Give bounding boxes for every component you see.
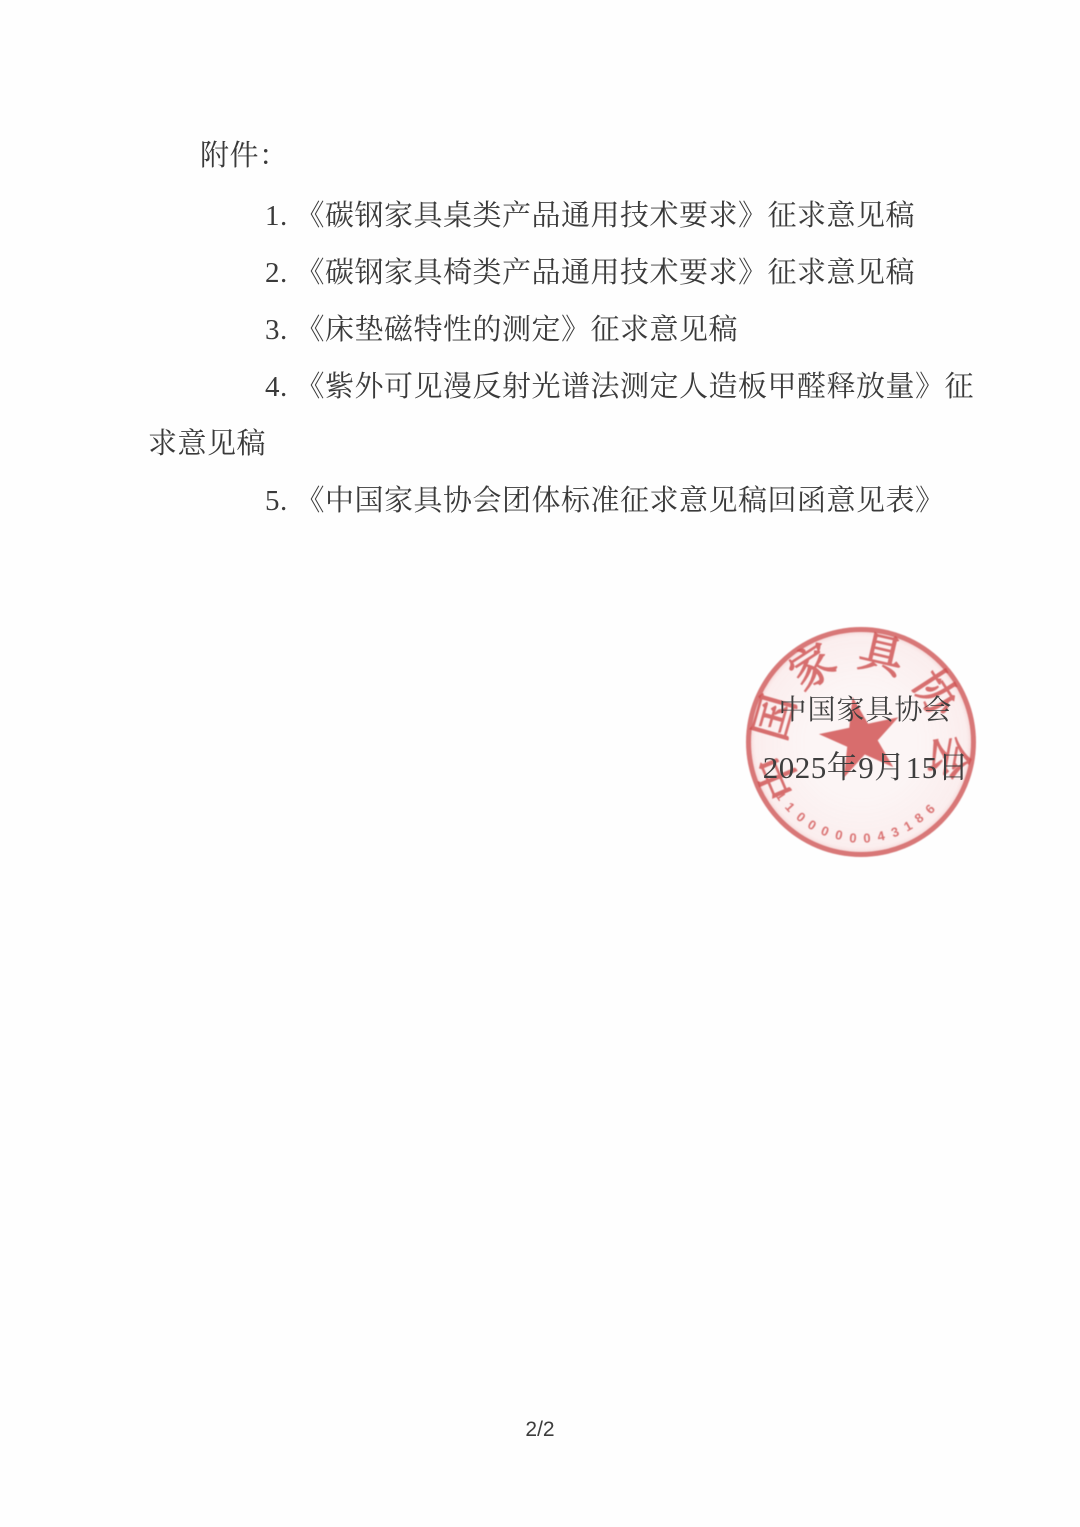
attachment-line: 3. 《床垫磁特性的测定》征求意见稿 bbox=[148, 302, 978, 359]
attachment-line: 5. 《中国家具协会团体标准征求意见稿回函意见表》 bbox=[148, 473, 978, 530]
document-page: 附件： 1. 《碳钢家具桌类产品通用技术要求》征求意见稿2. 《碳钢家具椅类产品… bbox=[0, 0, 1080, 1527]
attachments-label: 附件： bbox=[200, 128, 978, 185]
seal-serial-digit: 0 bbox=[863, 831, 871, 844]
seal-organization-name: 中国家具协会 bbox=[763, 688, 968, 728]
attachment-line: 4. 《紫外可见漫反射光谱法测定人造板甲醛释放量》征 bbox=[148, 359, 978, 416]
seal-date: 2025年9月15日 bbox=[756, 742, 976, 787]
attachment-line: 2. 《碳钢家具椅类产品通用技术要求》征求意见稿 bbox=[148, 245, 978, 302]
page-number: 2/2 bbox=[0, 1418, 1080, 1442]
attachment-lines: 1. 《碳钢家具桌类产品通用技术要求》征求意见稿2. 《碳钢家具椅类产品通用技术… bbox=[148, 188, 978, 530]
attachments-section: 附件： 1. 《碳钢家具桌类产品通用技术要求》征求意见稿2. 《碳钢家具椅类产品… bbox=[148, 128, 978, 530]
seal-serial-digit: 0 bbox=[848, 831, 856, 845]
seal-arc-char: 具 bbox=[854, 630, 907, 683]
attachment-line: 1. 《碳钢家具桌类产品通用技术要求》征求意见稿 bbox=[148, 188, 978, 245]
attachment-line: 求意见稿 bbox=[148, 416, 978, 473]
